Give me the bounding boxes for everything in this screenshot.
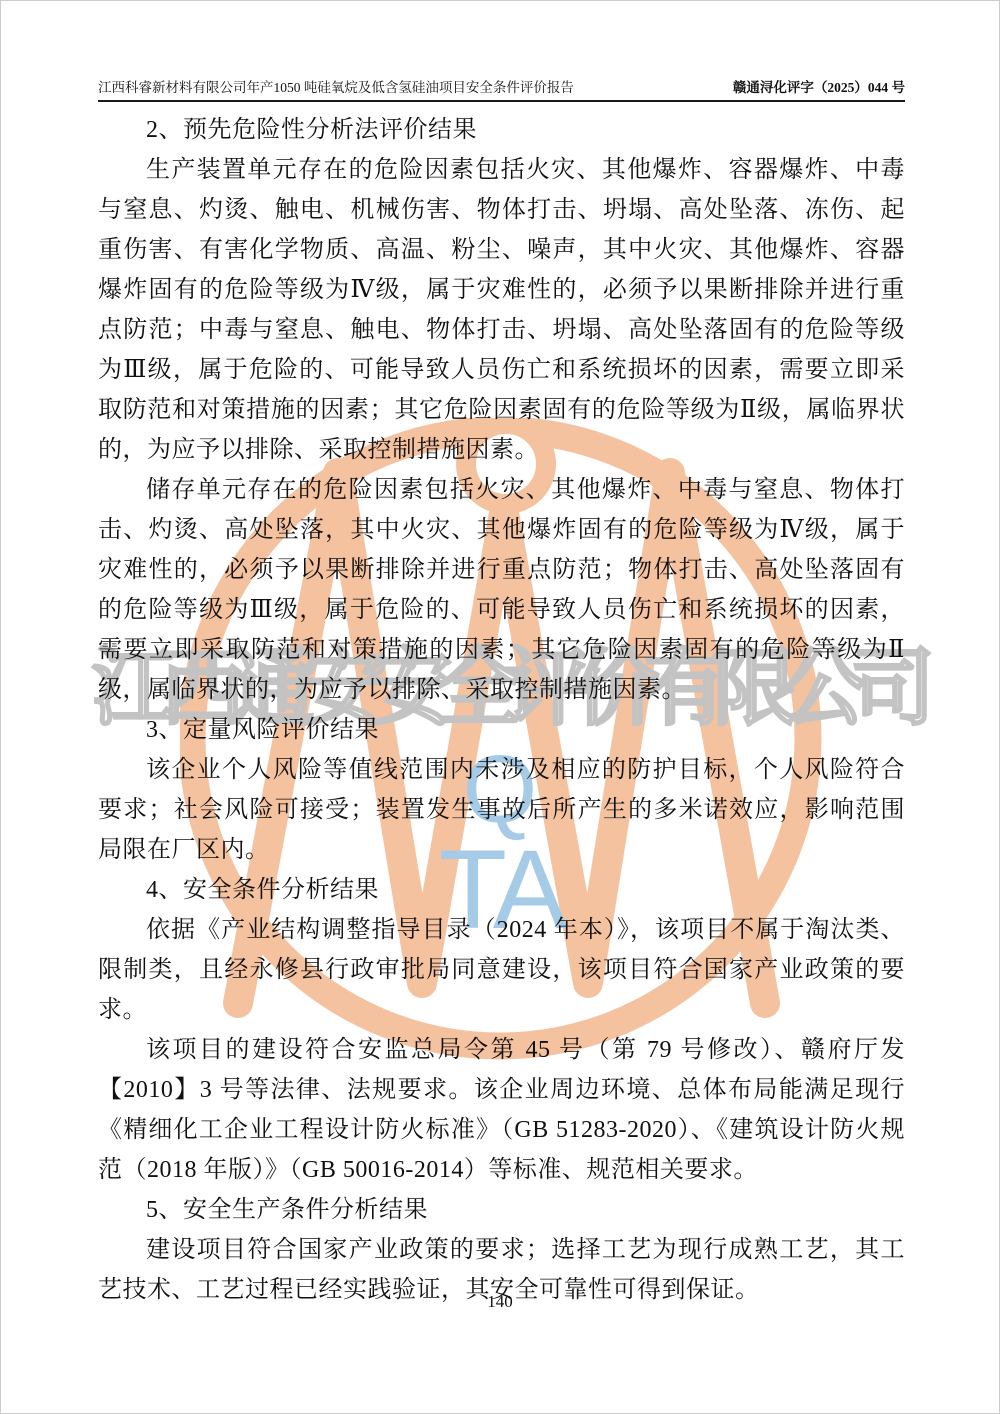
paragraph: 生产装置单元存在的危险因素包括火灾、其他爆炸、容器爆炸、中毒与窒息、灼烫、触电、… [98,150,905,470]
section-heading: 3、定量风险评价结果 [98,710,905,750]
section-heading: 4、安全条件分析结果 [98,870,905,910]
page-header: 江西科睿新材料有限公司年产1050 吨硅氧烷及低含氢硅油项目安全条件评价报告 赣… [98,0,905,102]
paragraph: 该项目的建设符合安监总局令第 45 号（第 79 号修改）、赣府厅发【2010】… [98,1030,905,1190]
section-heading: 2、预先危险性分析法评价结果 [98,110,905,150]
page-number: 140 [0,1292,1000,1312]
paragraph: 该企业个人风险等值线范围内未涉及相应的防护目标，个人风险符合要求；社会风险可接受… [98,750,905,870]
report-body: 2、预先危险性分析法评价结果 生产装置单元存在的危险因素包括火灾、其他爆炸、容器… [98,110,905,1310]
section-heading: 5、安全生产条件分析结果 [98,1190,905,1230]
header-report-title: 江西科睿新材料有限公司年产1050 吨硅氧烷及低含氢硅油项目安全条件评价报告 [98,80,574,97]
page-content: 江西科睿新材料有限公司年产1050 吨硅氧烷及低含氢硅油项目安全条件评价报告 赣… [0,0,1000,1310]
paragraph: 依据《产业结构调整指导目录（2024 年本）》，该项目不属于淘汰类、限制类，且经… [98,910,905,1030]
report-page: Q TA 江西通安安全评价有限公司 江西科睿新材料有限公司年产1050 吨硅氧烷… [0,0,1000,1414]
header-doc-number: 赣通浔化评字（2025）044 号 [733,80,905,97]
paragraph: 储存单元存在的危险因素包括火灾、其他爆炸、中毒与窒息、物体打击、灼烫、高处坠落，… [98,470,905,710]
